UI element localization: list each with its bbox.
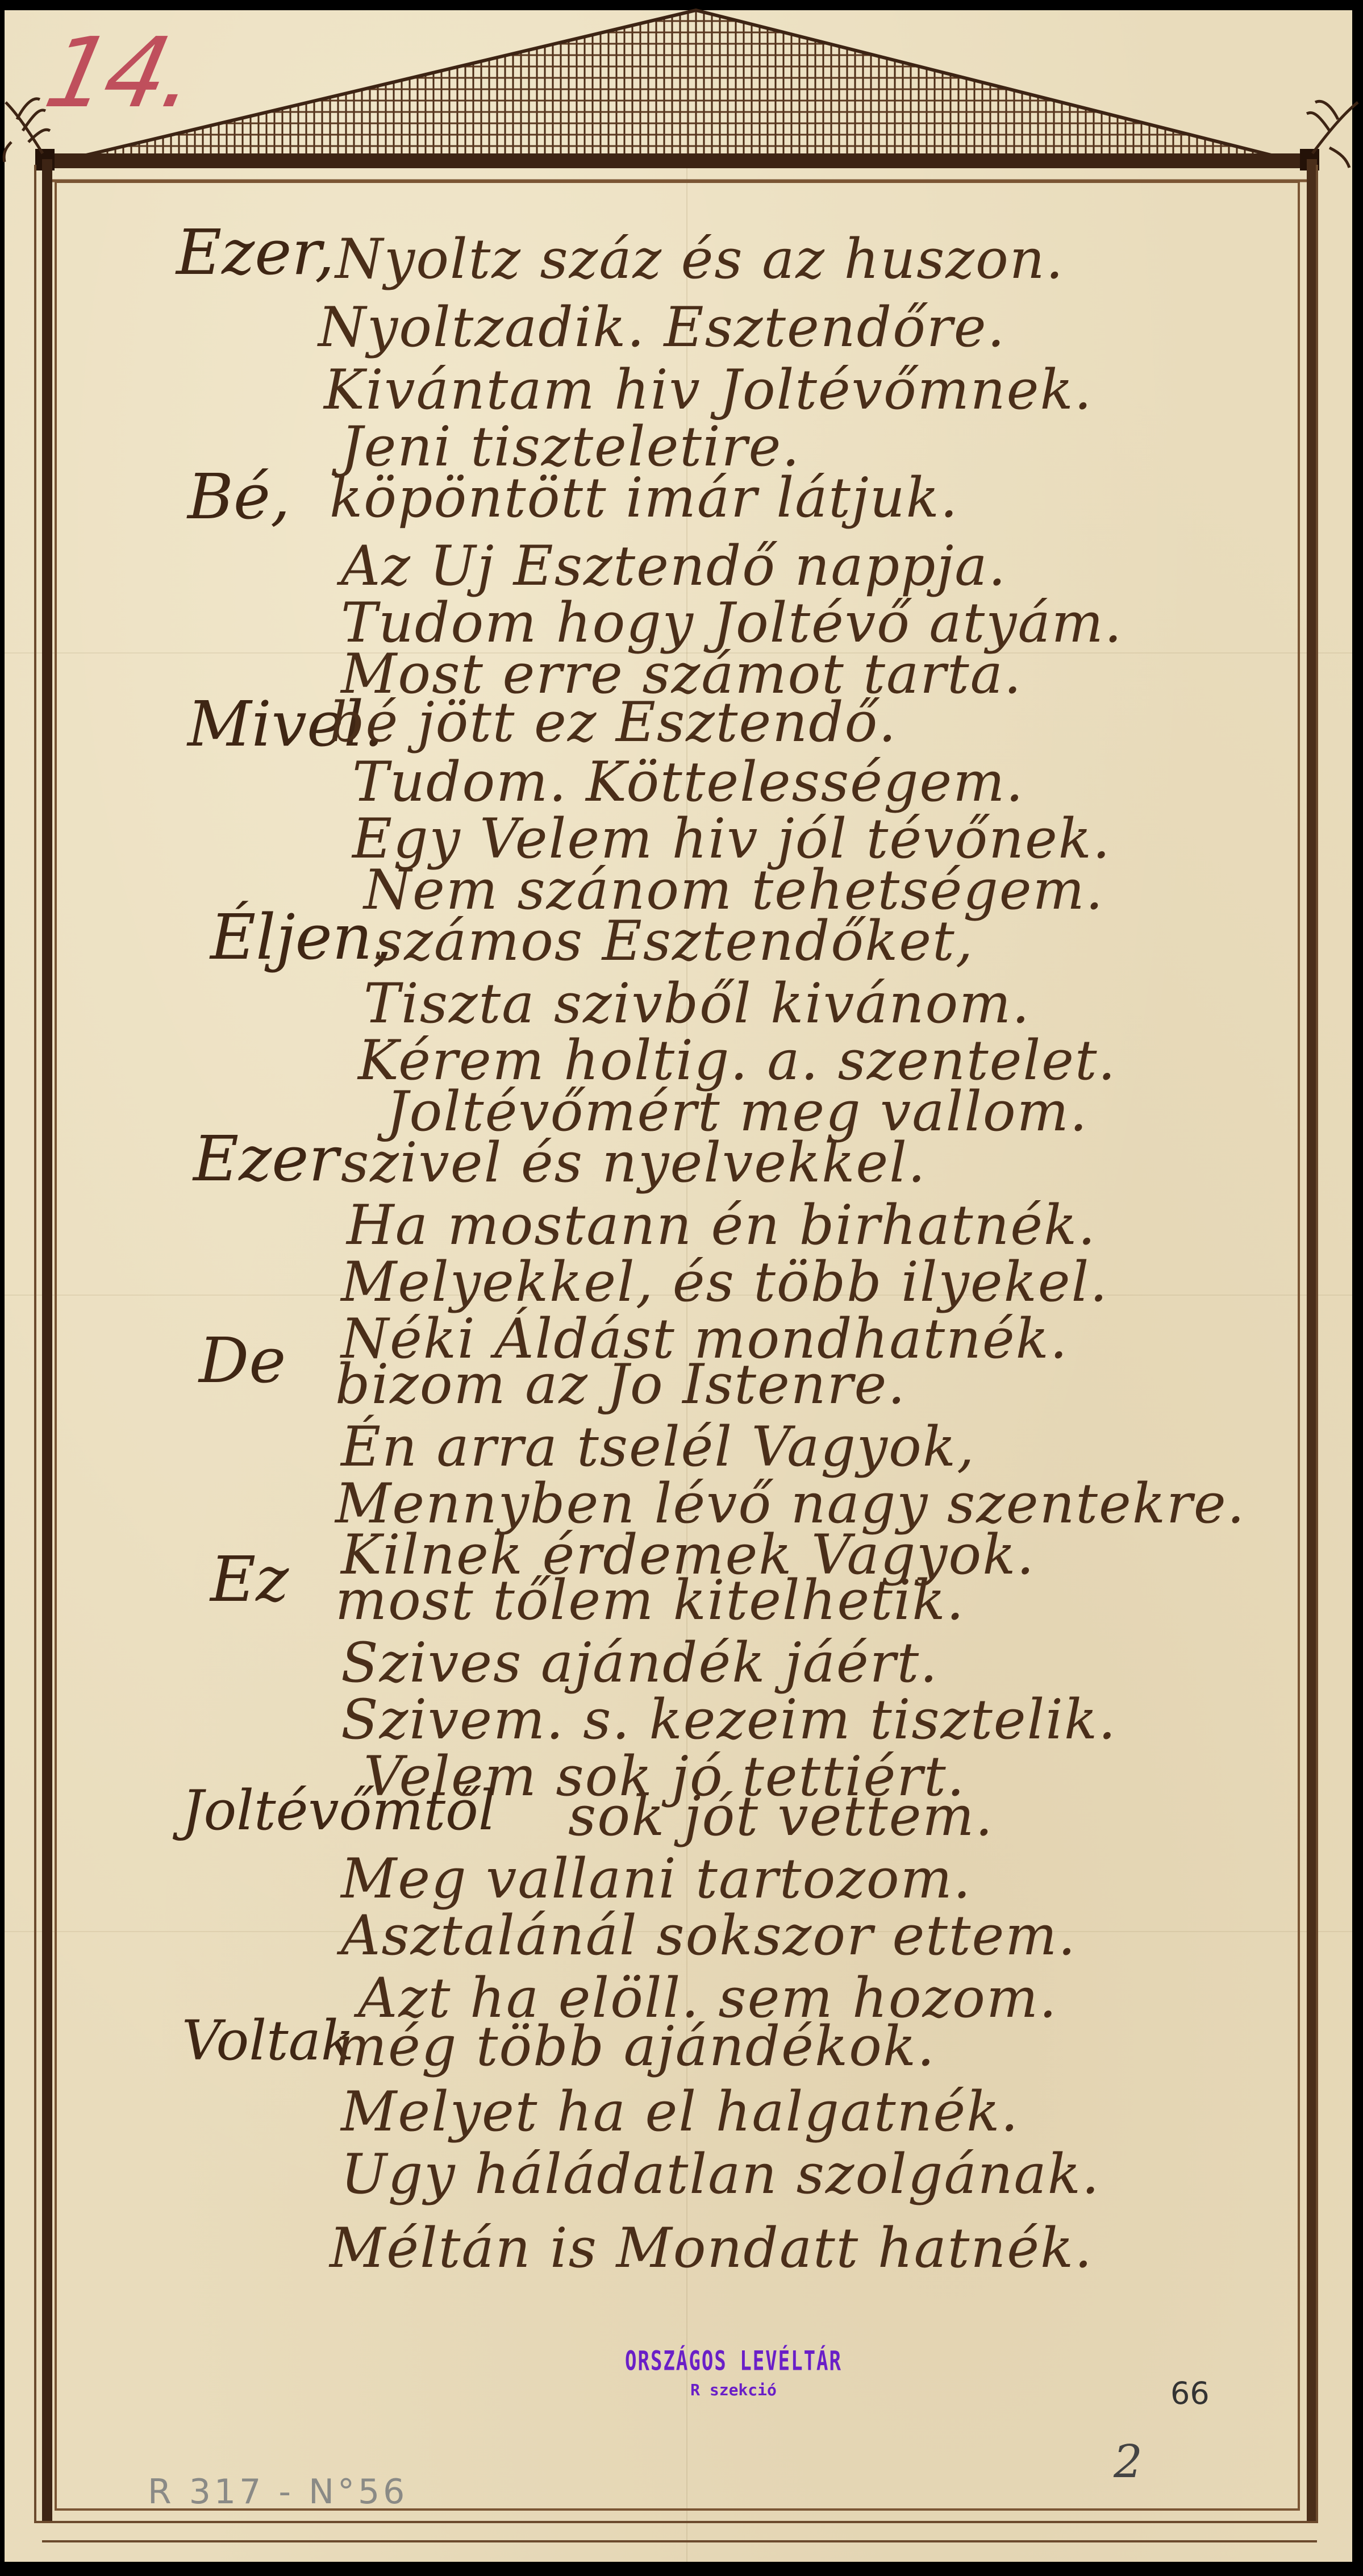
poem-line: köpöntött imár látjuk.	[330, 466, 958, 530]
margin-word: De	[199, 1324, 286, 1397]
page-number-red-crayon: 14.	[36, 17, 203, 130]
poem-line: bé jött ez Esztendő.	[330, 690, 897, 754]
poem-line: még több ajándékok.	[335, 2015, 936, 2078]
poem-line: Meg vallani tartozom.	[341, 1847, 972, 1911]
roof-illustration	[0, 0, 1363, 193]
margin-word: Voltak	[182, 2009, 354, 2073]
poem-line: Tudom. Köttelességem.	[352, 750, 1024, 814]
poem-line: Melyekkel, és több ilyekel.	[341, 1250, 1108, 1314]
archive-stamp: ORSZÁGOS LEVÉLTÁR R szekció	[625, 2350, 842, 2399]
margin-word: Ez	[210, 1543, 289, 1616]
poem-line: Én arra tselél Vagyok,	[341, 1415, 976, 1479]
margin-word: Bé,	[187, 460, 290, 533]
poem-line: Melyet ha el halgatnék.	[341, 2080, 1019, 2144]
folio-mark: 2	[1114, 2435, 1143, 2488]
poem-line: szivel és nyelvekkel.	[341, 1131, 926, 1195]
poem-line: most tőlem kitelhetik.	[335, 1568, 965, 1632]
poem-line: Méltán is Mondatt hatnék.	[330, 2216, 1093, 2280]
poem-line: Kivántam hiv Joltévőmnek.	[324, 358, 1093, 422]
poem-line: bizom az Jo Istenre.	[335, 1352, 906, 1416]
poem-line: Szivem. s. kezeim tisztelik.	[341, 1688, 1117, 1751]
margin-word: Éljen,	[210, 901, 393, 973]
frame-bottom-line	[42, 2540, 1317, 2542]
margin-word: Ezer	[193, 1122, 339, 1195]
margin-word: Ezer,	[176, 216, 335, 289]
poem-line: Nyoltz száz és az huszon.	[335, 227, 1064, 291]
poem-line: Asztalánál sokszor ettem.	[341, 1904, 1077, 1967]
stamp-section: R szekció	[625, 2381, 842, 2399]
poem-line: Ugy háládatlan szolgának.	[341, 2142, 1100, 2206]
pencil-shelfmark: R 317 - N°56	[148, 2472, 408, 2512]
stamp-archive-name: ORSZÁGOS LEVÉLTÁR	[625, 2345, 842, 2377]
poem-line: sok jót vettem.	[568, 1784, 994, 1848]
poem-line: Az Uj Esztendő nappja.	[341, 534, 1007, 598]
poem-line: számos Esztendőket,	[375, 909, 974, 973]
poem-line: Nyoltzadik. Esztendőre.	[318, 296, 1006, 359]
poem-line: Szives ajándék jáért.	[341, 1631, 939, 1695]
folio-number: 66	[1170, 2375, 1210, 2411]
margin-word: Joltévőmtől	[182, 1779, 496, 1842]
poem-line: Ha mostann én birhatnék.	[347, 1193, 1097, 1257]
poem-line: Tiszta szivből kivánom.	[364, 972, 1031, 1035]
